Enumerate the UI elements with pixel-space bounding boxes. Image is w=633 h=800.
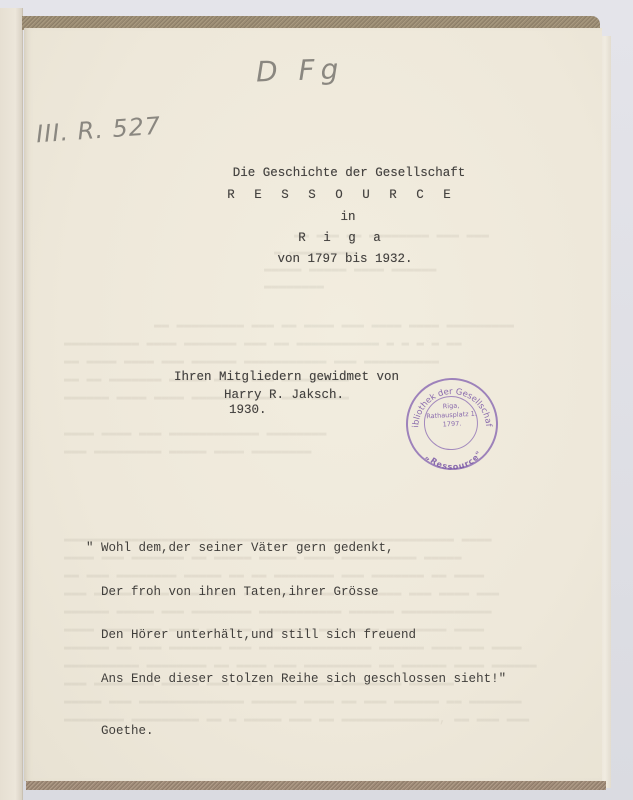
title-line-4: R i g a (24, 231, 602, 245)
previous-page-edge (0, 8, 23, 800)
title-line-5: von 1797 bis 1932. (24, 252, 602, 266)
quote-line: Der froh von ihren Taten,ihrer Grösse (86, 585, 506, 600)
title-line-2: R E S S O U R C E (24, 188, 602, 202)
title-line-3: in (24, 210, 602, 224)
quote-author: Goethe. (86, 724, 506, 739)
photo-background: ▬▬ ▬▬▬ ▬▬ ▬▬▬▬▬▬▬▬ ▬▬▬ ▬▬▬ ▬ ▬▬▬▬▬▬▬▬▬ ▬… (0, 0, 633, 800)
pencil-annotation-top: D Fg (255, 52, 344, 88)
goethe-quote: " Wohl dem,der seiner Väter gern gedenkt… (86, 512, 506, 768)
cover-bottom-edge (26, 781, 606, 790)
dedication-author: Harry R. Jaksch. (224, 388, 344, 402)
quote-line: Ans Ende dieser stolzen Reihe sich gesch… (86, 672, 506, 687)
dedication-year: 1930. (229, 403, 267, 417)
dedication-line-1: Ihren Mitgliedern gewidmet von (174, 370, 399, 384)
stamp-center-text: Riga, Rathausplatz 1. 1797. (407, 400, 496, 432)
quote-line: Den Hörer unterhält,und still sich freue… (86, 628, 506, 643)
title-line-1: Die Geschichte der Gesellschaft (24, 166, 602, 180)
quote-line: " Wohl dem,der seiner Väter gern gedenkt… (86, 541, 506, 556)
document-page: ▬▬ ▬▬▬ ▬▬ ▬▬▬▬▬▬▬▬ ▬▬▬ ▬▬▬ ▬ ▬▬▬▬▬▬▬▬▬ ▬… (24, 28, 602, 781)
library-stamp: Bibliothek der Gesellschaft „Ressource" … (404, 376, 501, 473)
